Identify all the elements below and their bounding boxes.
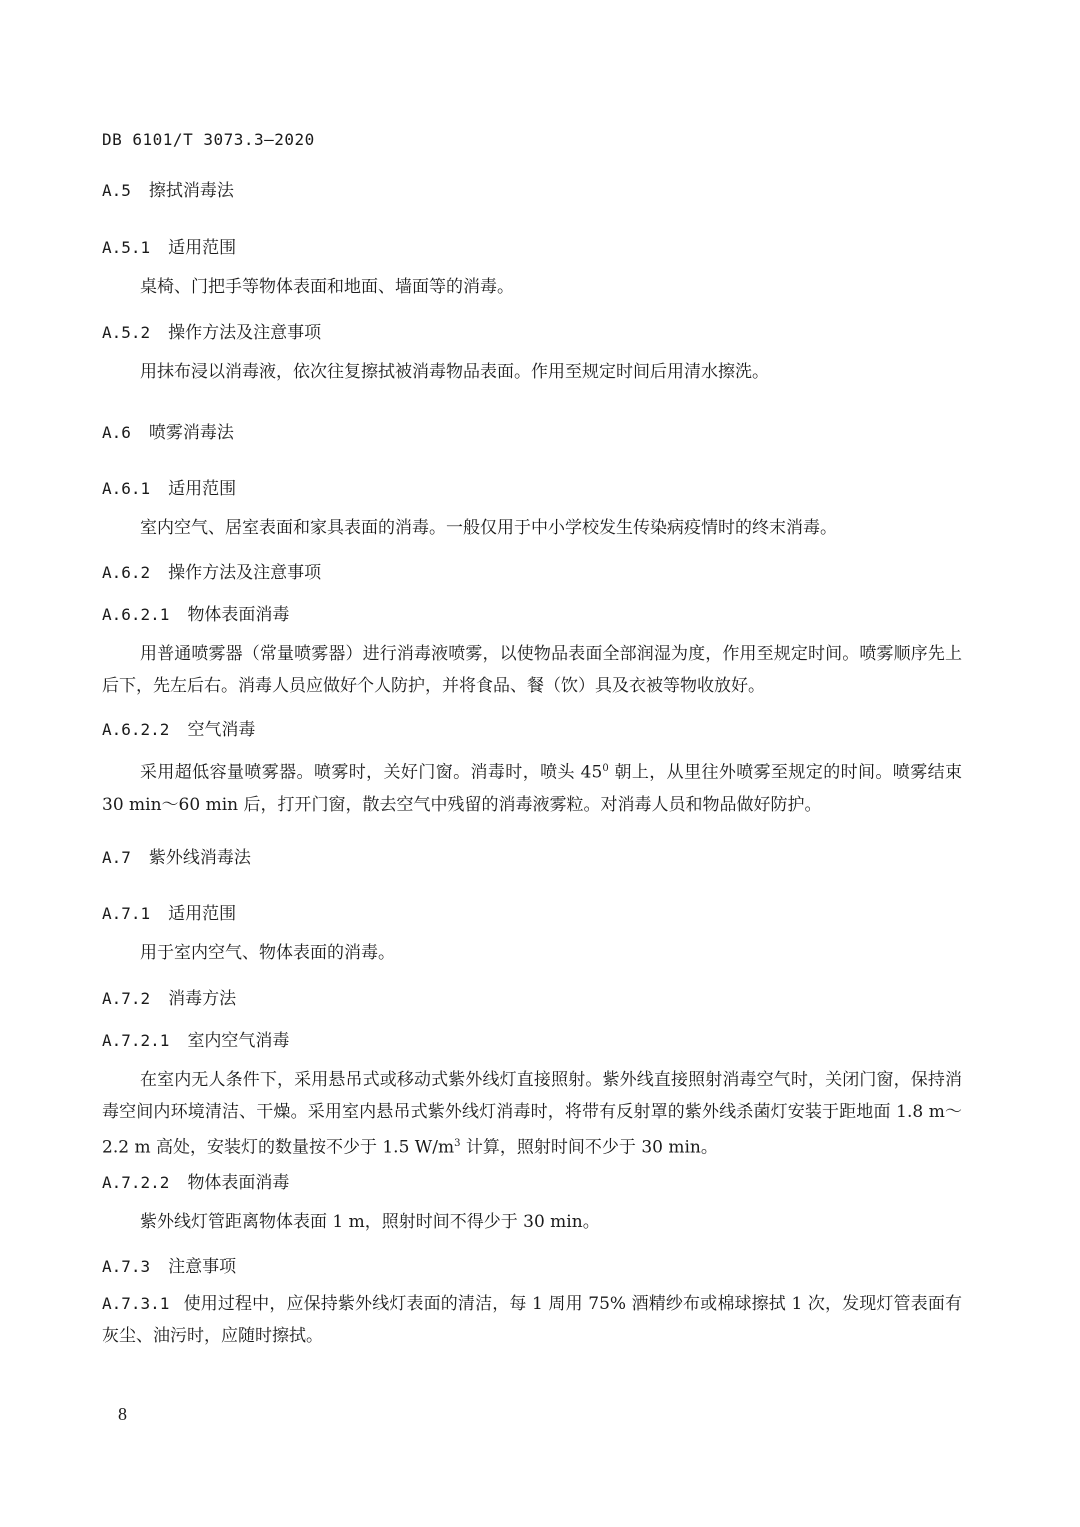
- section-title: 操作方法及注意事项: [168, 323, 321, 343]
- paragraph-a6-1: 室内空气、居室表面和家具表面的消毒。一般仅用于中小学校发生传染病疫情时的终末消毒…: [102, 512, 962, 544]
- heading-a7-3: A.7.3注意事项: [102, 1252, 962, 1277]
- section-title: 空气消毒: [187, 720, 255, 740]
- section-title: 注意事项: [168, 1257, 236, 1277]
- section-number: A.5: [102, 181, 131, 200]
- section-number: A.6.2.2: [102, 720, 169, 739]
- section-number: A.7: [102, 848, 131, 867]
- paragraph-a5-2: 用抹布浸以消毒液，依次往复擦拭被消毒物品表面。作用至规定时间后用清水擦洗。: [102, 356, 962, 388]
- heading-a7: A.7紫外线消毒法: [102, 843, 962, 868]
- page-number: 8: [118, 1404, 127, 1425]
- heading-a7-2-1: A.7.2.1室内空气消毒: [102, 1026, 962, 1051]
- heading-a5-2: A.5.2操作方法及注意事项: [102, 318, 962, 343]
- paragraph-a7-2-1: 在室内无人条件下，采用悬吊式或移动式紫外线灯直接照射。紫外线直接照射消毒空气时，…: [102, 1064, 962, 1164]
- section-title: 消毒方法: [168, 989, 236, 1009]
- section-title: 适用范围: [168, 479, 236, 499]
- heading-a7-2-2: A.7.2.2物体表面消毒: [102, 1168, 962, 1193]
- heading-a6-2-2: A.6.2.2空气消毒: [102, 715, 962, 740]
- section-number: A.7.2.1: [102, 1031, 169, 1050]
- document-code: DB 6101/T 3073.3—2020: [102, 130, 315, 149]
- heading-a6-2-1: A.6.2.1物体表面消毒: [102, 600, 962, 625]
- section-title: 室内空气消毒: [187, 1031, 289, 1051]
- paragraph-a5-1: 桌椅、门把手等物体表面和地面、墙面等的消毒。: [102, 271, 962, 303]
- section-number: A.5.2: [102, 323, 150, 342]
- heading-a7-2: A.7.2消毒方法: [102, 984, 962, 1009]
- paragraph-a7-2-2: 紫外线灯管距离物体表面 1 m，照射时间不得少于 30 min。: [102, 1206, 962, 1238]
- heading-a5: A.5擦拭消毒法: [102, 176, 962, 201]
- heading-a7-1: A.7.1适用范围: [102, 899, 962, 924]
- section-number: A.7.2.2: [102, 1173, 169, 1192]
- section-title: 紫外线消毒法: [149, 848, 251, 868]
- section-title: 喷雾消毒法: [149, 423, 234, 443]
- section-title: 物体表面消毒: [187, 1173, 289, 1193]
- section-number: A.7.3: [102, 1257, 150, 1276]
- paragraph-a6-2-1: 用普通喷雾器（常量喷雾器）进行消毒液喷雾，以使物品表面全部润湿为度，作用至规定时…: [102, 638, 962, 702]
- section-number: A.7.3.1: [102, 1294, 169, 1313]
- section-number: A.6: [102, 423, 131, 442]
- section-number: A.6.1: [102, 479, 150, 498]
- paragraph-a7-1: 用于室内空气、物体表面的消毒。: [102, 937, 962, 969]
- section-title: 物体表面消毒: [187, 605, 289, 625]
- heading-a6-2: A.6.2操作方法及注意事项: [102, 558, 962, 583]
- heading-a6: A.6喷雾消毒法: [102, 418, 962, 443]
- section-number: A.6.2: [102, 563, 150, 582]
- section-number: A.7.2: [102, 989, 150, 1008]
- heading-a5-1: A.5.1适用范围: [102, 233, 962, 258]
- section-number: A.6.2.1: [102, 605, 169, 624]
- heading-a6-1: A.6.1适用范围: [102, 474, 962, 499]
- paragraph-a6-2-2: 采用超低容量喷雾器。喷雾时，关好门窗。消毒时，喷头 450 朝上，从里往外喷雾至…: [102, 753, 962, 821]
- section-title: 适用范围: [168, 904, 236, 924]
- section-number: A.5.1: [102, 238, 150, 257]
- paragraph-a7-3-1: A.7.3.1使用过程中，应保持紫外线灯表面的清洁，每 1 周用 75% 酒精纱…: [102, 1288, 962, 1352]
- section-number: A.7.1: [102, 904, 150, 923]
- section-title: 擦拭消毒法: [149, 181, 234, 201]
- section-title: 操作方法及注意事项: [168, 563, 321, 583]
- section-title: 适用范围: [168, 238, 236, 258]
